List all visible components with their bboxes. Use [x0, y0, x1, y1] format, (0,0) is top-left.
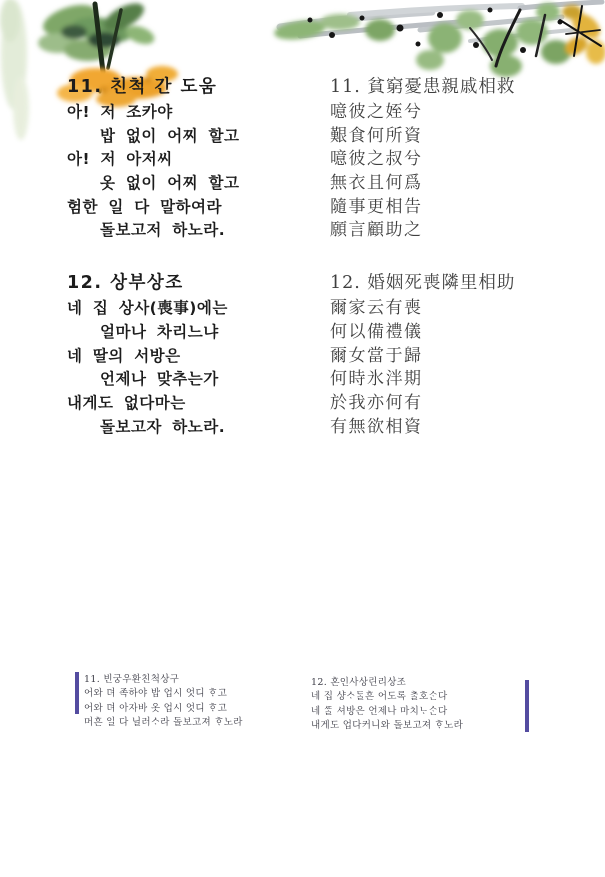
poem-line: 얼마나 차리느냐	[67, 321, 325, 345]
hanja-poem-column: 11. 貧窮憂患親戚相救 噫彼之姪兮 艱食何所資 噫彼之叔兮 無衣且何爲 隨事更…	[330, 74, 600, 439]
poem-line: 噫彼之姪兮	[330, 101, 600, 125]
poem-line: 爾家云有喪	[330, 297, 600, 321]
footnote-line: 어와 뎌 아자바 옷 업시 엇디 ᄒᆞ고	[84, 702, 243, 716]
footnote-line: 네 ᄯᆞᆯ 셔방은 언제나 마치ᄂᆞᄉᆞᆫ다	[311, 705, 463, 719]
book-page: 11. 친척 간 도움 아! 저 조카야 밥 없이 어찌 할고 아! 저 아저씨…	[0, 0, 605, 877]
poem-section-12-korean: 12. 상부상조 네 집 상사(喪事)에는 얼마나 차리느냐 네 딸의 서방은 …	[67, 270, 325, 439]
footnote-line: 머흔 일 다 닐러ᄉᆞ라 돌보고져 ᄒᆞ노라	[84, 716, 243, 730]
poem-line: 爾女當于歸	[330, 345, 600, 369]
poem-line: 於我亦何有	[330, 392, 600, 416]
poem-title: 11. 貧窮憂患親戚相救	[330, 74, 600, 101]
poem-section-11-korean: 11. 친척 간 도움 아! 저 조카야 밥 없이 어찌 할고 아! 저 아저씨…	[67, 74, 325, 243]
poem-line: 돌보고저 하노라.	[67, 219, 325, 243]
korean-poem-column: 11. 친척 간 도움 아! 저 조카야 밥 없이 어찌 할고 아! 저 아저씨…	[67, 74, 325, 439]
poem-line: 밥 없이 어찌 할고	[67, 125, 325, 149]
poem-title: 11. 친척 간 도움	[67, 74, 325, 101]
footnote-accent-bar-left	[75, 672, 79, 714]
poem-line: 아! 저 아저씨	[67, 148, 325, 172]
poem-line: 돌보고자 하노라.	[67, 416, 325, 440]
poem-title: 12. 상부상조	[67, 270, 325, 297]
poem-title: 12. 婚姻死喪隣里相助	[330, 270, 600, 297]
poem-section-11-hanja: 11. 貧窮憂患親戚相救 噫彼之姪兮 艱食何所資 噫彼之叔兮 無衣且何爲 隨事更…	[330, 74, 600, 243]
footnote-12-original-text: 12. 혼인사상린리상조 네 집 샹ᄉᆞᄃᆞᆯ흔 어도록 ᄎᆞᆯ호ᄉᆞᆫ다 네 …	[311, 676, 463, 733]
poem-line: 噫彼之叔兮	[330, 148, 600, 172]
poem-line: 有無欲相資	[330, 416, 600, 440]
poem-line: 내게도 없다마는	[67, 392, 325, 416]
poem-line: 艱食何所資	[330, 125, 600, 149]
poem-section-12-hanja: 12. 婚姻死喪隣里相助 爾家云有喪 何以備禮儀 爾女當于歸 何時氷泮期 於我亦…	[330, 270, 600, 439]
footnote-title: 12. 혼인사상린리상조	[311, 676, 463, 690]
poem-line: 何以備禮儀	[330, 321, 600, 345]
poem-line: 옷 없이 어찌 할고	[67, 172, 325, 196]
poem-line: 何時氷泮期	[330, 368, 600, 392]
footnote-title: 11. 빈궁우환친척상구	[84, 673, 243, 687]
footnote-line: 네 집 샹ᄉᆞᄃᆞᆯ흔 어도록 ᄎᆞᆯ호ᄉᆞᆫ다	[311, 690, 463, 704]
footnote-line: 어와 뎌 족하야 밥 업시 엇디 ᄒᆞ고	[84, 687, 243, 701]
footnote-11-original-text: 11. 빈궁우환친척상구 어와 뎌 족하야 밥 업시 엇디 ᄒᆞ고 어와 뎌 아…	[84, 673, 243, 730]
poem-line: 네 딸의 서방은	[67, 345, 325, 369]
poem-line: 험한 일 다 말하여라	[67, 196, 325, 220]
poem-line: 願言顧助之	[330, 219, 600, 243]
poem-line: 언제나 맞추는가	[67, 368, 325, 392]
poem-line: 아! 저 조카야	[67, 101, 325, 125]
poem-line: 네 집 상사(喪事)에는	[67, 297, 325, 321]
footnote-accent-bar-right	[525, 680, 529, 732]
poem-line: 無衣且何爲	[330, 172, 600, 196]
footnote-line: 내게도 업다커니와 돌보고져 ᄒᆞ노라	[311, 719, 463, 733]
poem-line: 隨事更相告	[330, 196, 600, 220]
